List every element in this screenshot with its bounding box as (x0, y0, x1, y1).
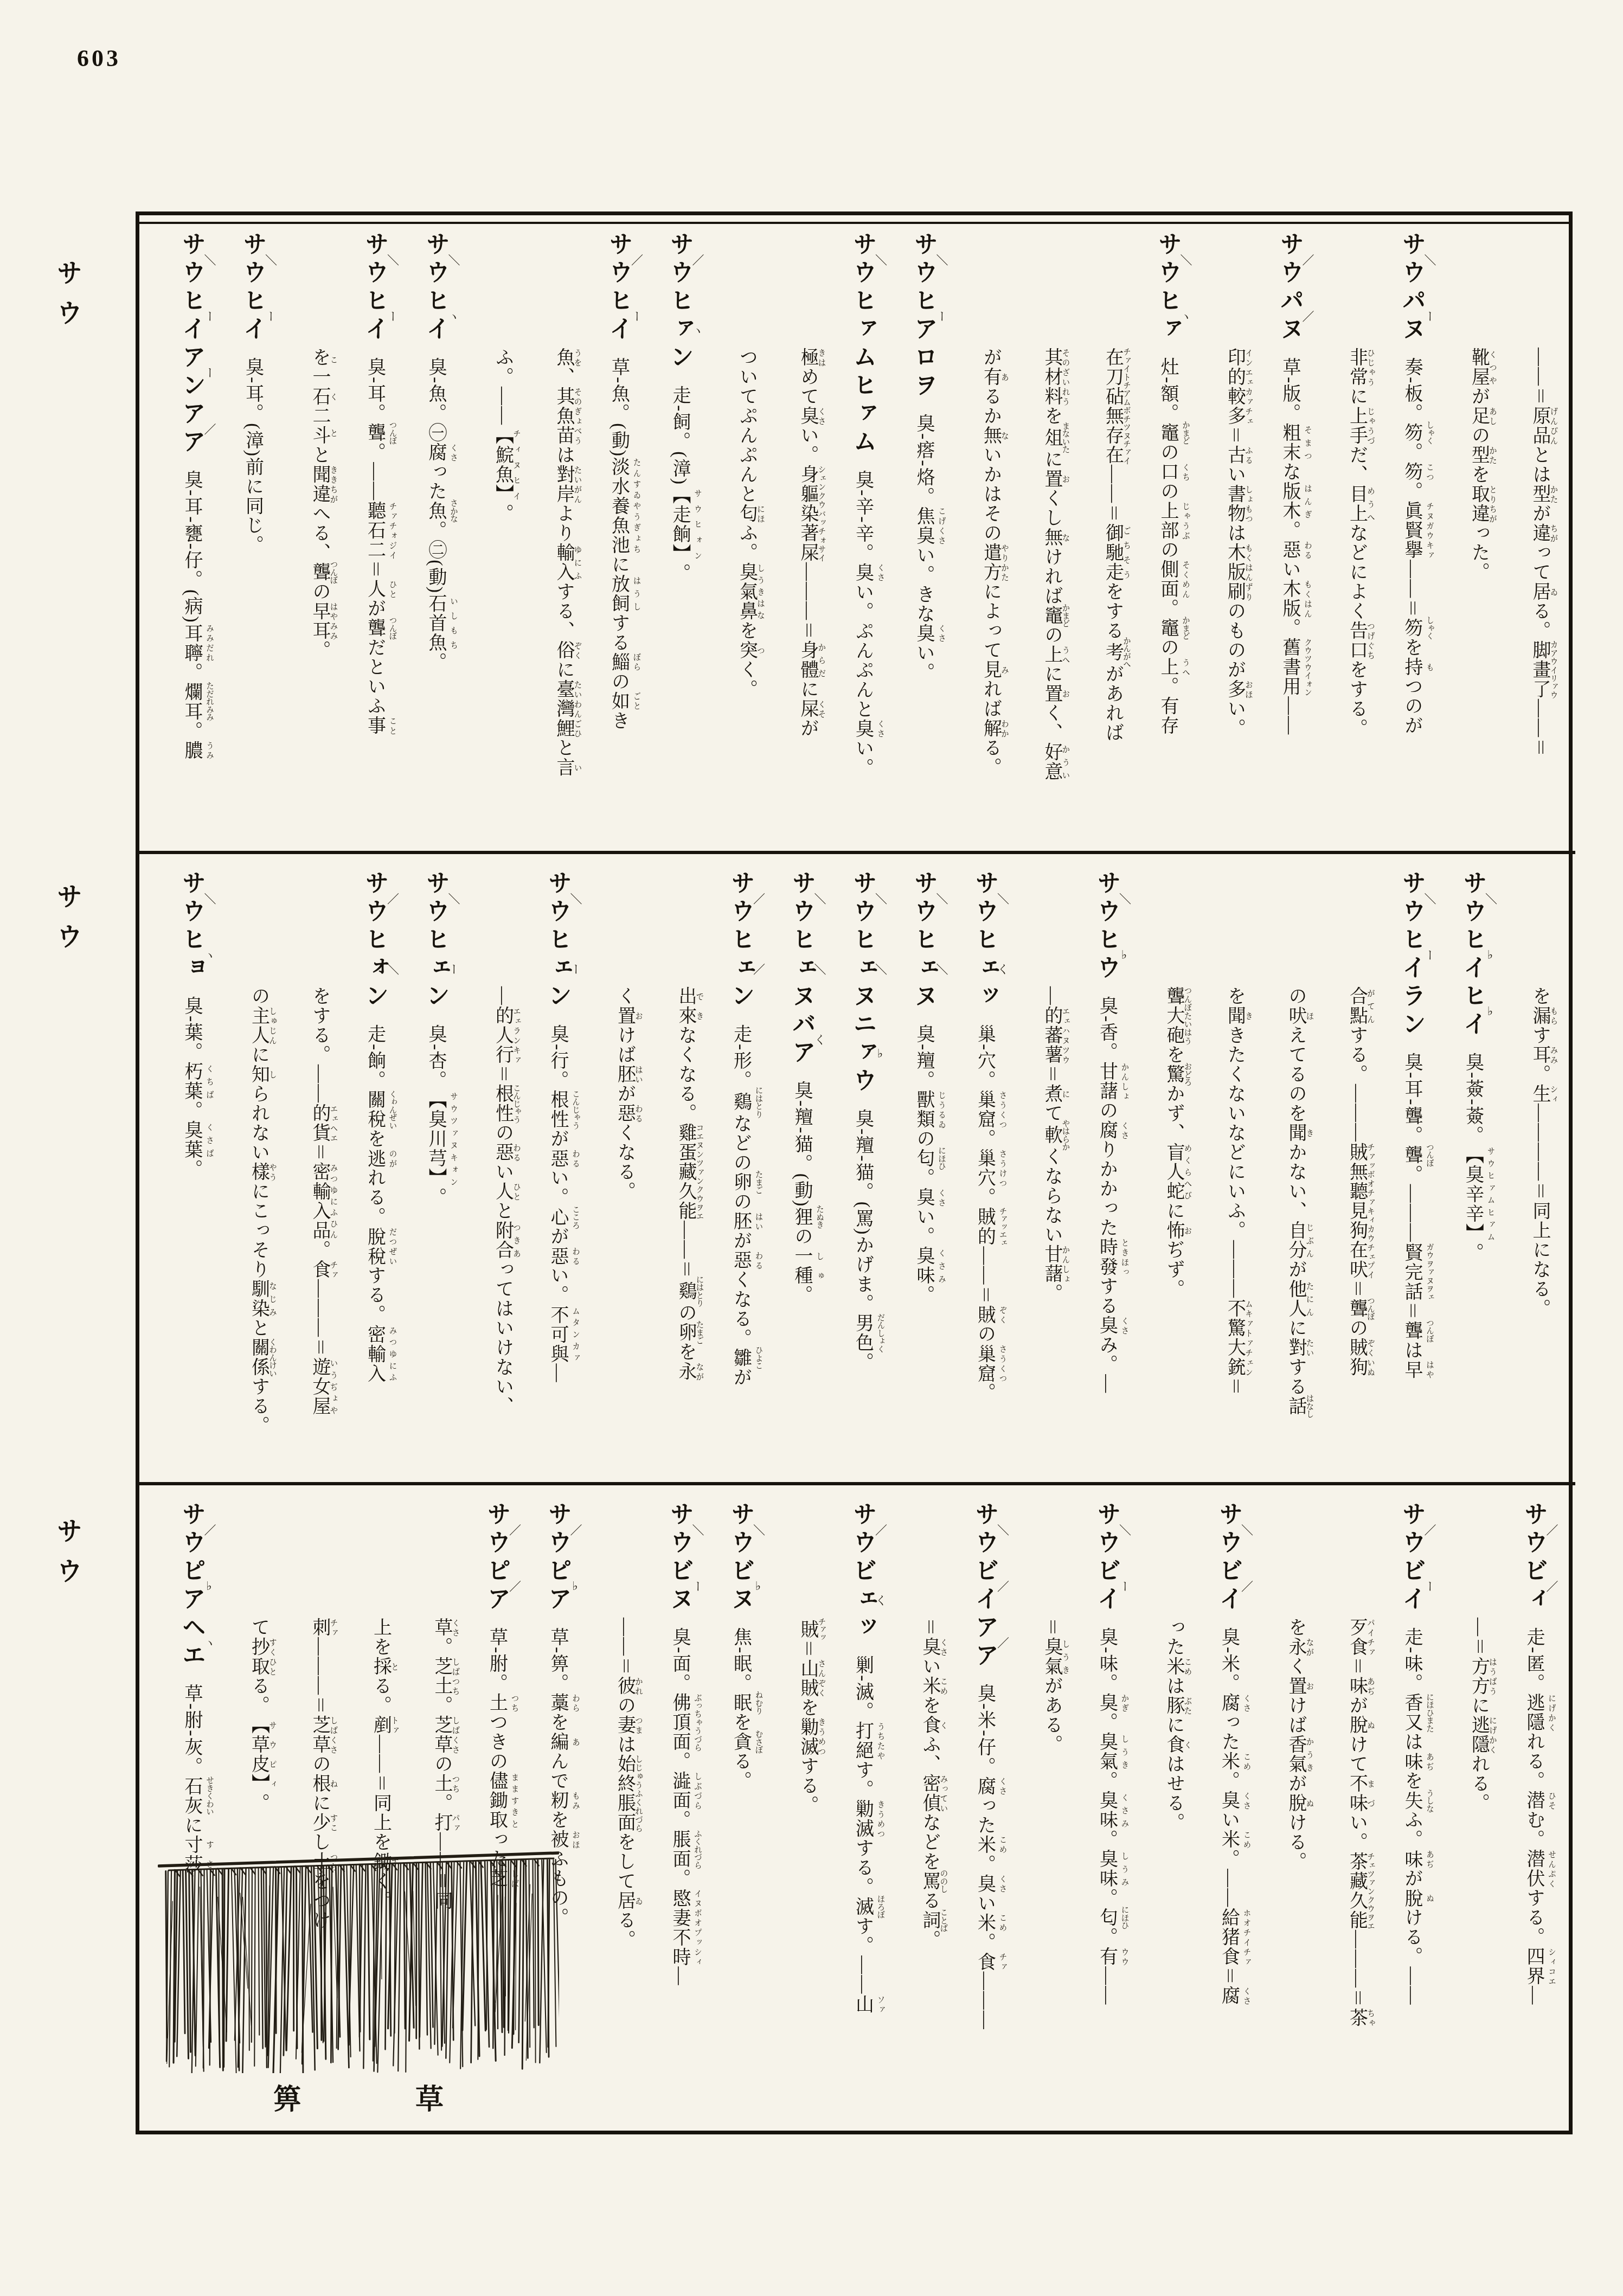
entry-column: サウ＼ヒァヽ灶-額。竈かまどの口くちの上部じゃうぶの側面そくめん。竈かまどの上う… (1131, 232, 1192, 842)
entry-column: サウ／ビィ／走-匿。逃隱にげかくれる。潜ひそむ。潜伏せんぷくする。四界シィコエ― (1497, 1502, 1558, 2115)
entry-headword-kana: サウ＼ヒイ♭ヒイ♭ (1460, 870, 1486, 1040)
entry-headword-kana: サウ＼ヒェヌ＼ (910, 870, 937, 1011)
entry-headword-kana: サウ／ヒェン／ (728, 870, 754, 1011)
entry-headword-kana: サウ＼ヒェヌ＼バアく (788, 870, 815, 1068)
entry-column: サウ＼ビヌ♭焦-眠。眠ねむりを貪むさぼる。 (704, 1502, 765, 2115)
entry-column: サウ＼ビイ／アア／臭-米-仔。腐くさった米こめ。臭くさい米こめ。食チァ――― (948, 1502, 1009, 2115)
entry-headword-kana: サウ＼ヒイー (362, 232, 388, 344)
continuation-column: ―的蕃薯エェハヌツウ＝煮にて軟やはらかくならない甘藷かんしょ。 (1009, 870, 1070, 1485)
entry-headword-kana: サウ／ヒイー (606, 232, 632, 344)
continuation-column: ――＝彼かれの妻つまは始終脹面しじゅうふくれづらをして居ゐる。 (582, 1502, 643, 2124)
entry-column: サウ＼ヒイー臭-耳。聾つんぼ。――聽石二チァチォジイ＝人ひとが聾つんぼだといふ事… (338, 232, 399, 842)
entry-column: サウ＼ビイー臭-味。臭かぎ。臭氣しうき。臭味くさみ。臭味しうみ。匂にほひ。有ウウ… (1070, 1502, 1131, 2115)
entry-column: サウ／ビイー走-味。香又にほひまたは味あぢを失うしなふ。味あぢが脫ぬける。―― (1375, 1502, 1436, 2115)
continuation-column: ＝臭氣しうきがある。 (1009, 1502, 1070, 2124)
entry-headword-kana: サウ＼ヒイーアンーアア／ (178, 232, 205, 457)
straw-cover-illustration: 箅草 (158, 1835, 559, 2117)
continuation-column: を漏もらす耳みみ。生シィ――――＝同上になる。 (1497, 870, 1558, 1485)
page-frame: ――＝原品げんぴんとは型かたが違ちがって居ゐる。脚畫了カアウイリァウ――＝靴屋く… (136, 211, 1573, 2134)
continuation-column: った米こめは豚ぶたに食くはせる。 (1131, 1502, 1192, 2124)
entry-headword-kana: サウ／ヒォン＼ (362, 870, 388, 1011)
continuation-column: 非常ひじゃうに上手じゃうづだ、目上めうへなどによく告口つげぐちをする。 (1314, 232, 1375, 854)
continuation-column: を聞ききたくないなどにいふ。―――不驚大銃ムキァトァチェン＝ (1192, 870, 1253, 1485)
entry-column: サウ＼パヌー奏-板。笏しゃく。笏こつ。眞賢擧チヌガウキァ――＝笏しゃくを持もつの… (1375, 232, 1436, 842)
continuation-column: を一石二斗こくとと聞違ききちがへる、聾つんぼの早耳はやみみ。 (277, 232, 338, 854)
continuation-column: の吠ほえてるのを聞きかない、自分じぶんが他人たにんに對たいする話はなし (1253, 870, 1314, 1485)
entry-column: サウ＼ヒョヽ臭-葉。朽葉くちば。臭葉くさば。 (155, 870, 216, 1473)
illustration-caption: 箅草 (158, 2076, 559, 2117)
continuation-column: をする。――的貨エェヘエ＝密輸入品みつゆにふひん。食チァ―――＝遊女屋いうぢょや (277, 870, 338, 1485)
continuation-column: 印的較多インエェカァチェ＝古ふるい書物しょもつは木版刷もくはんずりのものが多おほ… (1192, 232, 1253, 854)
entry-headword-kana: サウ＼ヒイヽ (422, 232, 449, 344)
entry-headword-kana: サウ／ビイー (1399, 1502, 1425, 1614)
entry-headword-kana: サウ＼ヒェッく (972, 870, 998, 1011)
entry-column: サウ／ヒォン＼走-餉。關稅くゎんぜいを逃のがれる。脫稅だつぜいする。密輸入みつゆ… (338, 870, 399, 1473)
entry-headword-kana: サウ／ヒァンヽ (666, 232, 693, 373)
continuation-column: 靴屋くつやが足あしの型かたを取違とりちがった。 (1436, 232, 1497, 854)
entry-headword-kana: サウ＼ヒァヽ (1154, 232, 1181, 344)
entry-column: サウ＼ヒイー臭-耳。(漳)前に同じ。 (216, 232, 277, 842)
continuation-column: ――＝原品げんぴんとは型かたが違ちがって居ゐる。脚畫了カアウイリァウ――＝ (1497, 232, 1558, 854)
continuation-column: 歹食パイチァ＝味あぢが脫ぬけて不味まづい。茶藏久能チェツァンクウヲエ―――＝茶ち… (1314, 1502, 1375, 2124)
entry-headword-kana: サウ＼ヒアーロヲ (910, 232, 937, 401)
entry-column: サウ＼ヒイーアンーアア／臭-耳-甕-仔。(病)耳聹みみだれ。爛耳ただれみみ。膿う… (155, 232, 216, 842)
continuation-column: 魚うを、其魚苗そのぎょべうは對岸たいがんより輸入ゆにふする、俗ぞくに臺灣鯉たいわ… (521, 232, 582, 854)
entry-headword-kana: サウ＼ヒェンー (544, 870, 571, 1011)
entry-headword-kana: サウ＼ヒェヌ＼ニァウ♭ (850, 870, 876, 1096)
margin-index-tab: サウ (34, 259, 86, 339)
entry-headword-kana: サウ／ビェッく (850, 1502, 876, 1643)
entry-headword-kana: サウ＼ヒェンー (422, 870, 449, 1011)
continuation-column: 出來できなくなる。雞蛋藏久能コエヌンツァンクウヲエ――＝鷄にはとりの卵たまごを永… (643, 870, 704, 1485)
entry-column: サウ／ヒイー草-魚。(動)淡水養魚池たんすゐやうぎょちに放飼はうしする鯔ぼらの如… (582, 232, 643, 842)
continuation-column: ＝臭くさい米こめを食くふ、密偵みっていなどを罵ののしる詞ことば。 (887, 1502, 948, 2124)
entry-headword-kana: サウ＼パヌー (1399, 232, 1425, 344)
entry-band-top: ――＝原品げんぴんとは型かたが違ちがって居ゐる。脚畫了カアウイリァウ――＝靴屋く… (139, 215, 1575, 854)
entry-headword-kana: サウ＼ビイ／ (1216, 1502, 1242, 1614)
entry-headword-kana: サウ／ピア／ (484, 1502, 510, 1614)
entry-column: サウ＼ヒェヌ＼臭-羶。獸類じうるゐの匂にほひ。臭くさい。臭味くさみ。 (887, 870, 948, 1473)
entry-column: サウ／ビェッく剿-滅。打絕うちたやす。勦滅きうめつする。滅ほろぼす。――山ソァ (826, 1502, 887, 2115)
entry-column: サウ＼ヒアーロヲ臭-瘩-烙。焦臭こげくさい。きな臭くさい。 (887, 232, 948, 842)
entry-headword-kana: サウ＼ヒイーラン (1399, 870, 1425, 1040)
entry-column: サウ＼ヒェッく巢-穴。巢窟さうくつ。巢穴さうけつ。賊的チァッエェ――＝賊ぞくの巢… (948, 870, 1009, 1473)
entry-column: サウ＼ヒァムヒァム臭-辛-辛。臭くさい。ぷんぷんと臭くさい。 (826, 232, 887, 842)
entry-column: サウ＼ヒイ♭ヒイ♭臭-薟-薟。【臭辛辛】サウヒァムヒァム。 (1436, 870, 1497, 1473)
entry-band-middle: を漏もらす耳みみ。生シィ――――＝同上になる。サウ＼ヒイ♭ヒイ♭臭-薟-薟。【臭… (139, 854, 1575, 1485)
dictionary-page-scan: 603 サウ サウ サウ ――＝原品げんぴんとは型かたが違ちがって居ゐる。脚畫了… (0, 0, 1623, 2296)
entry-headword-kana: サウ＼ビイ／アア／ (972, 1502, 998, 1671)
continuation-column: ―的人行エェランキァ＝根性こんじゃうの惡わるい人ひとと附合つきあってはいけない、 (460, 870, 521, 1485)
continuation-column: 其材料そのざいれうを俎まないたに置おくし無なければ竈かまどの上うへに置おく、好意… (1009, 232, 1070, 854)
entry-column: サウ／ヒァンヽ走-飼。(漳)【走餉】サウヒォン。 (643, 232, 704, 842)
entry-column: サウ＼ビイ／臭-米。腐くさった米こめ。臭くさい米こめ。――給猪食ホオチイチァ＝腐… (1192, 1502, 1253, 2115)
entry-headword-kana: サウ＼ビイー (1094, 1502, 1120, 1614)
entry-column: サウ＼ヒェヌ＼バアく臭-羶-猫。(動)狸たぬきの一種しゅ。 (765, 870, 826, 1473)
entry-band-bottom: 箅草 サウ／ビィ／走-匿。逃隱にげかくれる。潜ひそむ。潜伏せんぷくする。四界シィ… (139, 1485, 1575, 2124)
entry-headword-kana: サウ＼ヒウ♭ (1094, 870, 1120, 983)
continuation-column: 聾大砲つんぼたいはうを驚おどろかず、盲人蛇めくらへびに怖おぢず。 (1131, 870, 1192, 1485)
entry-column: サウ／パヌ／草-版。粗末そまつな版木はんぎ。惡わるい木版もくはん。舊書用クウツウ… (1253, 232, 1314, 842)
continuation-column: ―＝方方はうばうに逃隱にげかくれる。 (1436, 1502, 1497, 2124)
continuation-column: が有あるか無ないかはその遣方やりかたによって見みれば解わかる。 (948, 232, 1009, 854)
continuation-column: 在刀砧無存在チァイトチアムボチツヌチァイ――＝御馳走ごちそうをする考かんがへがあ… (1070, 232, 1131, 854)
entry-headword-kana: サウ＼ヒイー (240, 232, 266, 344)
margin-index-tab: サウ (34, 1517, 86, 1598)
entry-headword-kana: サウ／パヌ／ (1276, 232, 1303, 344)
entry-column: サウ＼ヒイヽ臭-魚。㊀腐くさった魚さかな。㊁(動)石首魚いしもち。 (399, 232, 460, 842)
entry-column: サウ＼ビヌー臭-面。佛頂面ぶっちゃうづら。澁面しぶづら。脹面ふくれづら。愍妻不時… (643, 1502, 704, 2115)
entry-column: サウ＼ヒイーラン臭-耳-聾。聾つんぼ。―――賢完話ガウヲァヌヲェ＝聾つんぼは早は… (1375, 870, 1436, 1473)
entry-headword-kana: サウ＼ヒョヽ (178, 870, 205, 983)
entry-column: サウ＼ヒウ♭臭-香。甘藷かんしょの腐くさりかかった時發ときほっする臭くさみ。― (1070, 870, 1131, 1473)
continuation-column: 賊チァッ＝山賊さんぞくを勦滅きうめつする。 (765, 1502, 826, 2124)
continuation-column: 極きはめて臭くさい。身軀染著屎シェンクウバッチォサイ―――＝身體からだに屎くそが (765, 232, 826, 854)
entry-column: サウ＼ヒェンー臭-行。根性こんじゃうが惡わるい。心こころが惡わるい。不可與ムタン… (521, 870, 582, 1473)
entry-headword-kana: サウ／ピア♭ヘエヽ (178, 1502, 205, 1671)
entry-headword-kana: サウ／ピア♭ (544, 1502, 571, 1614)
continuation-column: ふ。――【鯇魚】チィヌヒイ。 (460, 232, 521, 854)
entry-column: サウ＼ヒェンー臭-杏。【臭川芎】サウツァヌキォン。 (399, 870, 460, 1473)
entry-column: サウ／ヒェン／走-形。鷄にはとりなどの卵たまごの胚はいが惡わるくなる。雛ひよこが (704, 870, 765, 1473)
continuation-column: の主人しゅじんに知しられない樣やうにこっそり馴染なじみと關係くわんけいする。 (216, 870, 277, 1485)
entry-headword-kana: サウ＼ビヌー (666, 1502, 693, 1614)
margin-index-tab: サウ (34, 883, 86, 963)
entry-headword-kana: サウ＼ヒァムヒァム (850, 232, 876, 457)
continuation-column: ついてぷんぷんと匂にほふ。臭氣鼻しうきはなを突つく。 (704, 232, 765, 854)
entry-headword-kana: サウ＼ビヌ♭ (728, 1502, 754, 1614)
entry-headword-kana: サウ／ビィ／ (1521, 1502, 1547, 1614)
entry-column: サウ＼ヒェヌ＼ニァウ♭臭-羶-猫。(罵)かげま。男色だんしょく。 (826, 870, 887, 1473)
continuation-column: を永ながく置おけば香氣かうきが脫ぬける。 (1253, 1502, 1314, 2124)
page-number: 603 (77, 44, 121, 72)
continuation-column: く置おけば胚はいが惡わるくなる。 (582, 870, 643, 1485)
continuation-column: 合點がてんする。―――賊無聽見狗在吠チァッボオチァキィカウチェプイ＝聾つんぼの賊… (1314, 870, 1375, 1485)
